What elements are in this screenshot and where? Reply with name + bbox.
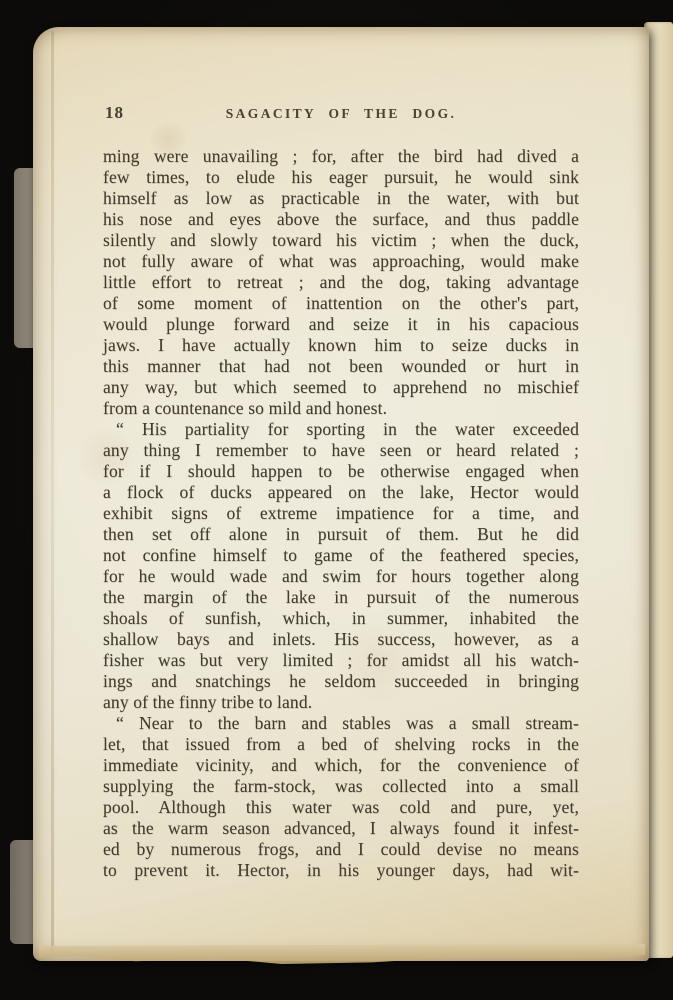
text-line: the margin of the lake in pursuit of the… [103, 587, 579, 608]
text-line: as the warm season advanced, I always fo… [103, 818, 579, 839]
page-bottom-torn-edge [39, 944, 645, 964]
running-head: 18 SAGACITY OF THE DOG. [103, 103, 579, 127]
text-line: of some moment of inattention on the oth… [103, 293, 579, 314]
running-head-title: SAGACITY OF THE DOG. [103, 106, 579, 122]
text-line: himself as low as practicable in the wat… [103, 188, 579, 209]
text-line: supplying the farm-stock, was collected … [103, 776, 579, 797]
text-line: any way, but which seemed to apprehend n… [103, 377, 579, 398]
text-line: jaws. I have actually known him to seize… [103, 335, 579, 356]
text-line: pool. Although this water was cold and p… [103, 797, 579, 818]
book-page: 18 SAGACITY OF THE DOG. ming were unavai… [33, 27, 649, 961]
text-line: for if I should happen to be otherwise e… [103, 461, 579, 482]
text-line: exhibit signs of extreme impatience for … [103, 503, 579, 524]
text-line: shoals of sunfish, which, in summer, inh… [103, 608, 579, 629]
text-line: shallow bays and inlets. His success, ho… [103, 629, 579, 650]
text-line: a flock of ducks appeared on the lake, H… [103, 482, 579, 503]
text-line: few times, to elude his eager pursuit, h… [103, 167, 579, 188]
text-line: not confine himself to game of the feath… [103, 545, 579, 566]
page-text-block: ming were unavailing ; for, after the bi… [103, 146, 579, 881]
text-line: “ His partiality for sporting in the wat… [103, 419, 579, 440]
text-line: for he would wade and swim for hours tog… [103, 566, 579, 587]
text-line: this manner that had not been wounded or… [103, 356, 579, 377]
text-line: fisher was but very limited ; for amidst… [103, 650, 579, 671]
text-line: to prevent it. Hector, in his younger da… [103, 860, 579, 881]
photo-background: 18 SAGACITY OF THE DOG. ming were unavai… [0, 0, 673, 1000]
text-line: then set off alone in pursuit of them. B… [103, 524, 579, 545]
text-line: “ Near to the barn and stables was a sma… [103, 713, 579, 734]
text-line: would plunge forward and seize it in his… [103, 314, 579, 335]
text-line: his nose and eyes above the surface, and… [103, 209, 579, 230]
text-line: ings and snatchings he seldom succeeded … [103, 671, 579, 692]
text-line: little effort to retreat ; and the dog, … [103, 272, 579, 293]
text-line: any of the finny tribe to land. [103, 692, 579, 713]
text-line: silently and slowly toward his victim ; … [103, 230, 579, 251]
text-line: from a countenance so mild and honest. [103, 398, 579, 419]
text-line: not fully aware of what was approaching,… [103, 251, 579, 272]
text-line: let, that issued from a bed of shelving … [103, 734, 579, 755]
text-line: any thing I remember to have seen or hea… [103, 440, 579, 461]
text-line: ed by numerous frogs, and I could devise… [103, 839, 579, 860]
text-line: ming were unavailing ; for, after the bi… [103, 146, 579, 167]
text-line: immediate vicinity, and which, for the c… [103, 755, 579, 776]
